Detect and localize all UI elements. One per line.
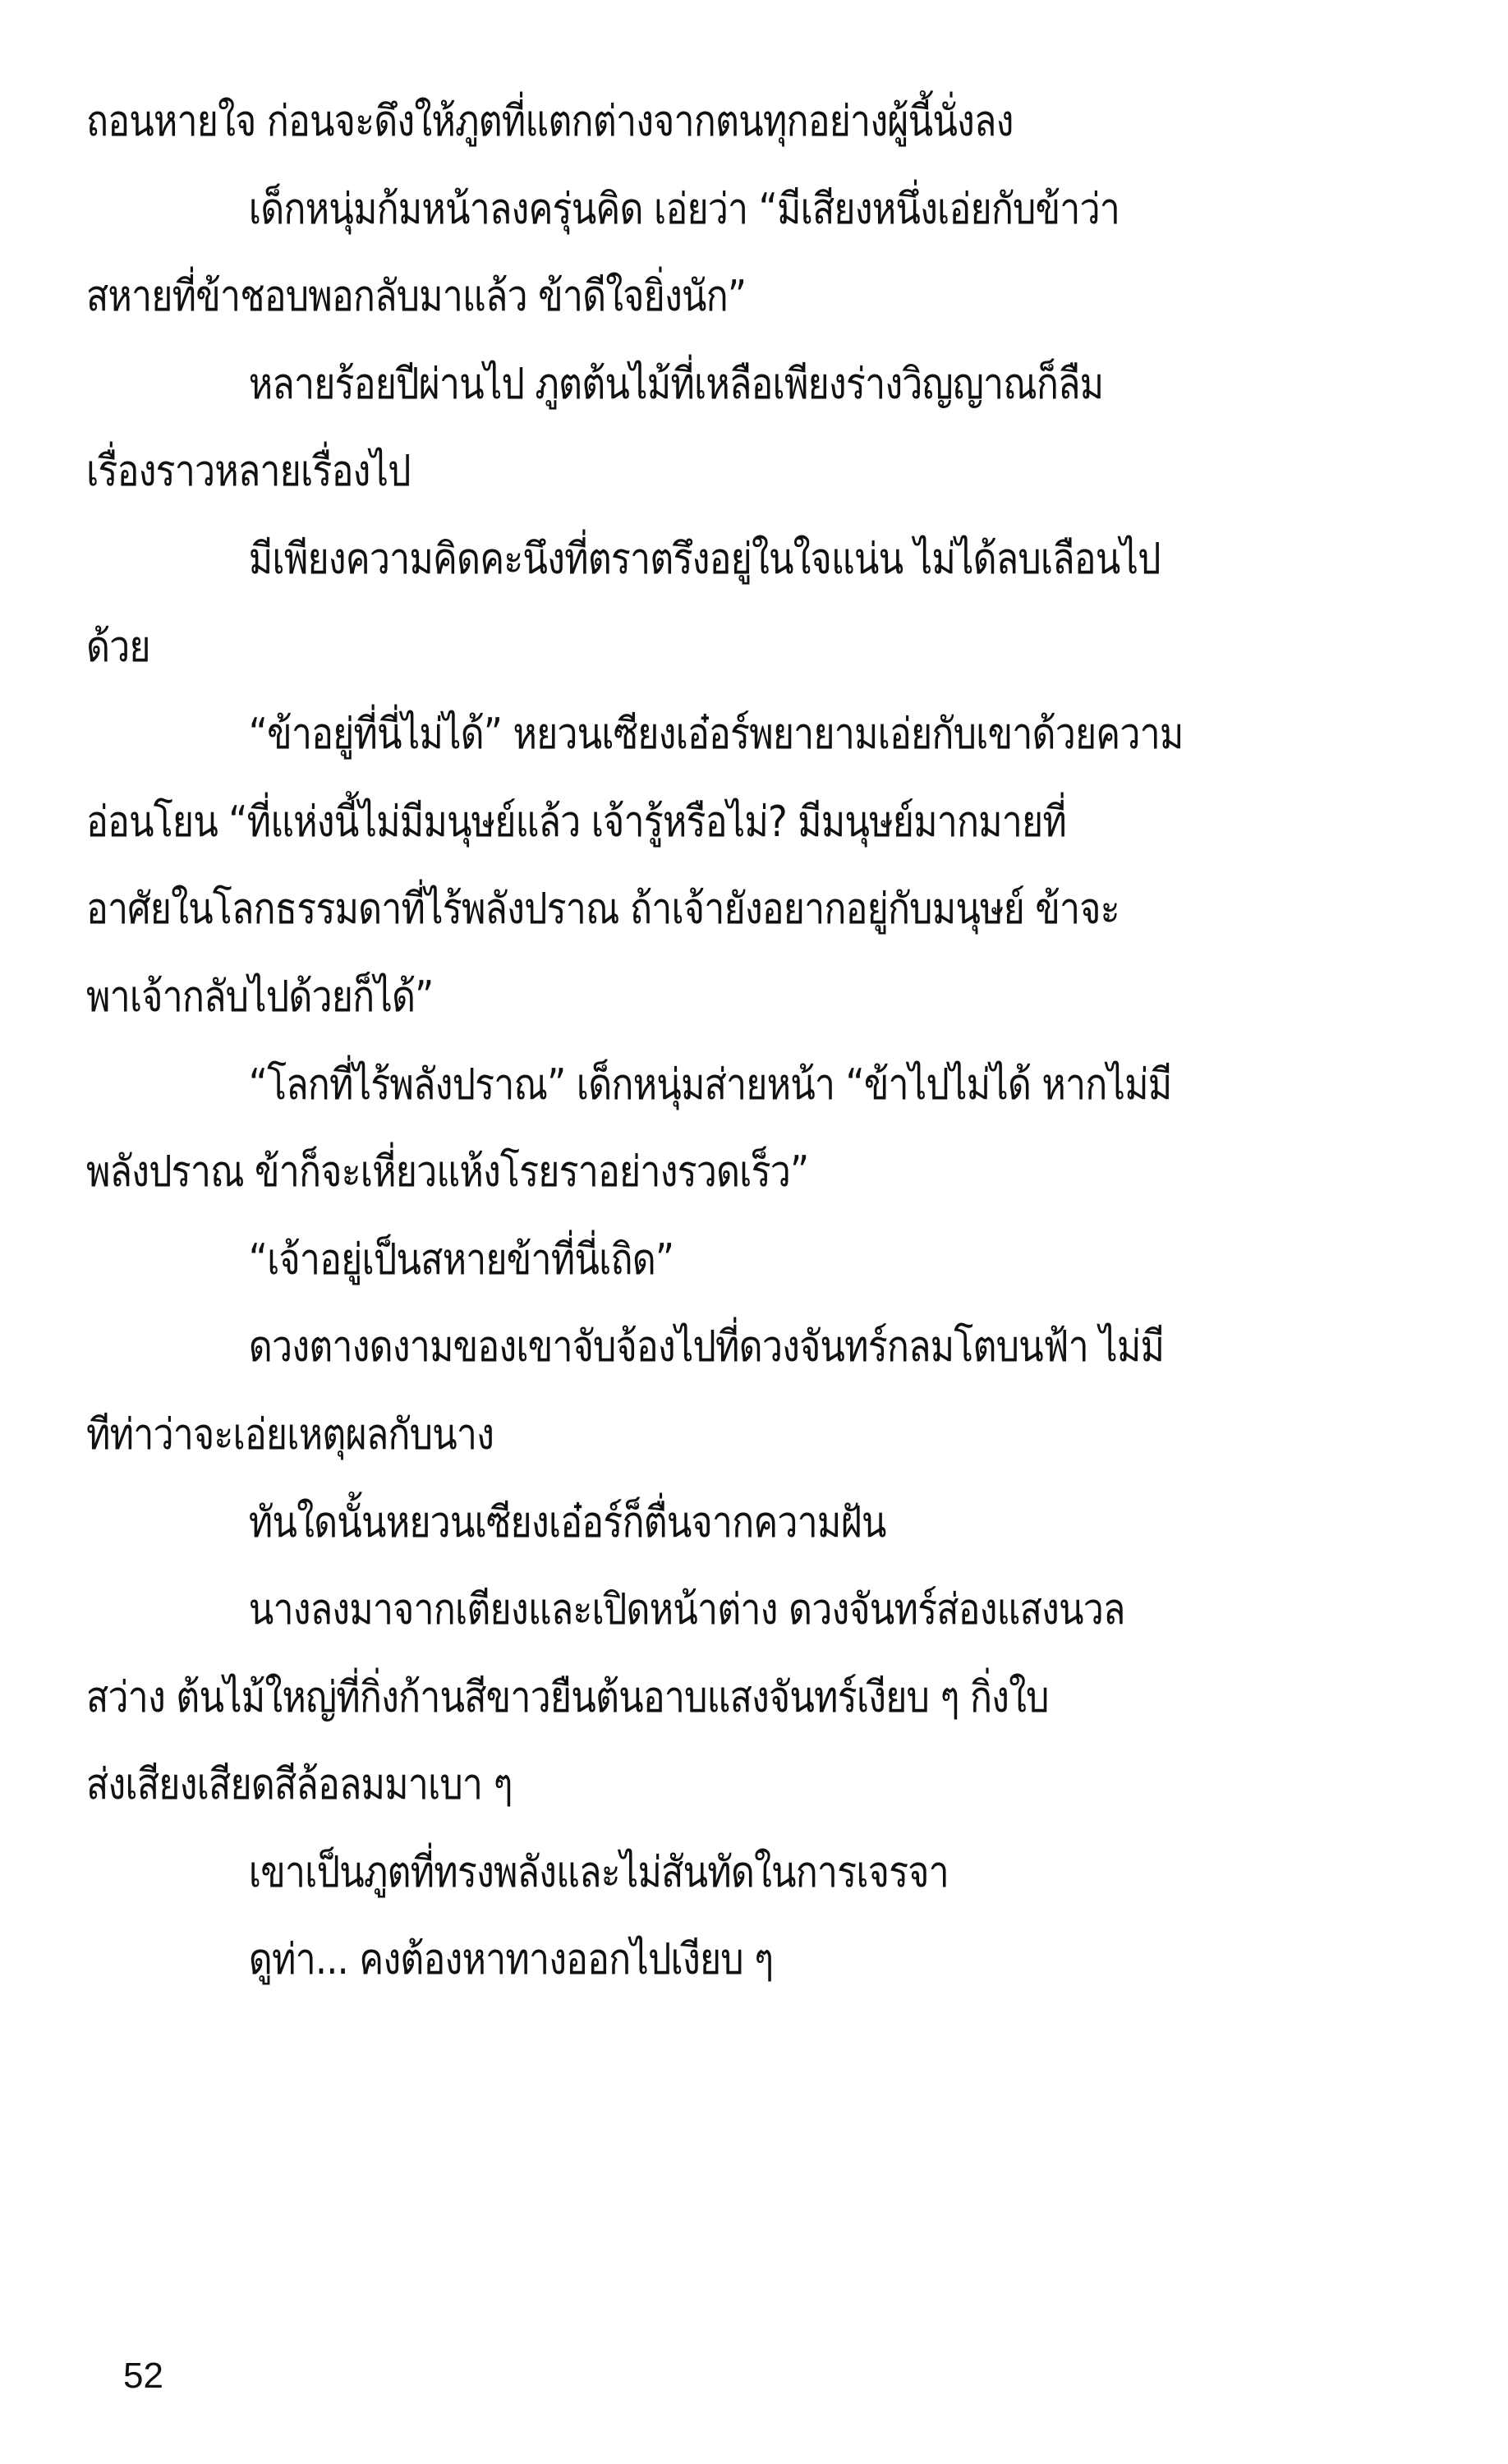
page-number: 52 <box>123 2356 163 2397</box>
text-line: ดวงตางดงามของเขาจับจ้องไปที่ดวงจันทร์กลม… <box>86 1303 1230 1391</box>
text-line: เด็กหนุ่มก้มหน้าลงครุ่นคิด เอ่ยว่า “มีเส… <box>86 166 1230 254</box>
text-line: มีเพียงความคิดคะนึงที่ตราตรึงอยู่ในใจแน่… <box>86 516 1230 604</box>
text-line: ดูท่า... คงต้องหาทางออกไปเงียบ ๆ <box>86 1916 1230 2004</box>
book-page: ถอนหายใจ ก่อนจะดึงให้ภูตที่แตกต่างจากตนท… <box>0 0 1508 2464</box>
text-line: สว่าง ต้นไม้ใหญ่ที่กิ่งก้านสีขาวยืนต้นอา… <box>86 1654 1230 1742</box>
text-line: ทันใดนั้นหยวนเซียงเอ๋อร์ก็ตื่นจากความฝัน <box>86 1479 1230 1567</box>
body-text: ถอนหายใจ ก่อนจะดึงให้ภูตที่แตกต่างจากตนท… <box>86 78 1417 2004</box>
text-line: หลายร้อยปีผ่านไป ภูตต้นไม้ที่เหลือเพียงร… <box>86 341 1230 429</box>
text-line: “เจ้าอยู่เป็นสหายข้าที่นี่เถิด” <box>86 1216 1230 1304</box>
text-line: นางลงมาจากเตียงและเปิดหน้าต่าง ดวงจันทร์… <box>86 1566 1230 1654</box>
text-line: ทีท่าว่าจะเอ่ยเหตุผลกับนาง <box>86 1391 1230 1479</box>
text-line: “โลกที่ไร้พลังปราณ” เด็กหนุ่มส่ายหน้า “ข… <box>86 1041 1230 1129</box>
text-line: ถอนหายใจ ก่อนจะดึงให้ภูตที่แตกต่างจากตนท… <box>86 78 1230 166</box>
text-line: อาศัยในโลกธรรมดาที่ไร้พลังปราณ ถ้าเจ้ายั… <box>86 866 1230 954</box>
text-line: ด้วย <box>86 604 1230 692</box>
text-line: ส่งเสียงเสียดสีล้อลมมาเบา ๆ <box>86 1741 1230 1829</box>
text-line: “ข้าอยู่ที่นี่ไม่ได้” หยวนเซียงเอ๋อร์พยา… <box>86 691 1230 779</box>
text-line: สหายที่ข้าชอบพอกลับมาแล้ว ข้าดีใจยิ่งนัก… <box>86 253 1230 341</box>
text-line: พลังปราณ ข้าก็จะเหี่ยวแห้งโรยราอย่างรวดเ… <box>86 1129 1230 1216</box>
text-line: เรื่องราวหลายเรื่องไป <box>86 428 1230 516</box>
text-line: พาเจ้ากลับไปด้วยก็ได้” <box>86 954 1230 1041</box>
text-line: อ่อนโยน “ที่แห่งนี้ไม่มีมนุษย์แล้ว เจ้าร… <box>86 779 1230 867</box>
text-line: เขาเป็นภูตที่ทรงพลังและไม่สันทัดในการเจร… <box>86 1829 1230 1917</box>
